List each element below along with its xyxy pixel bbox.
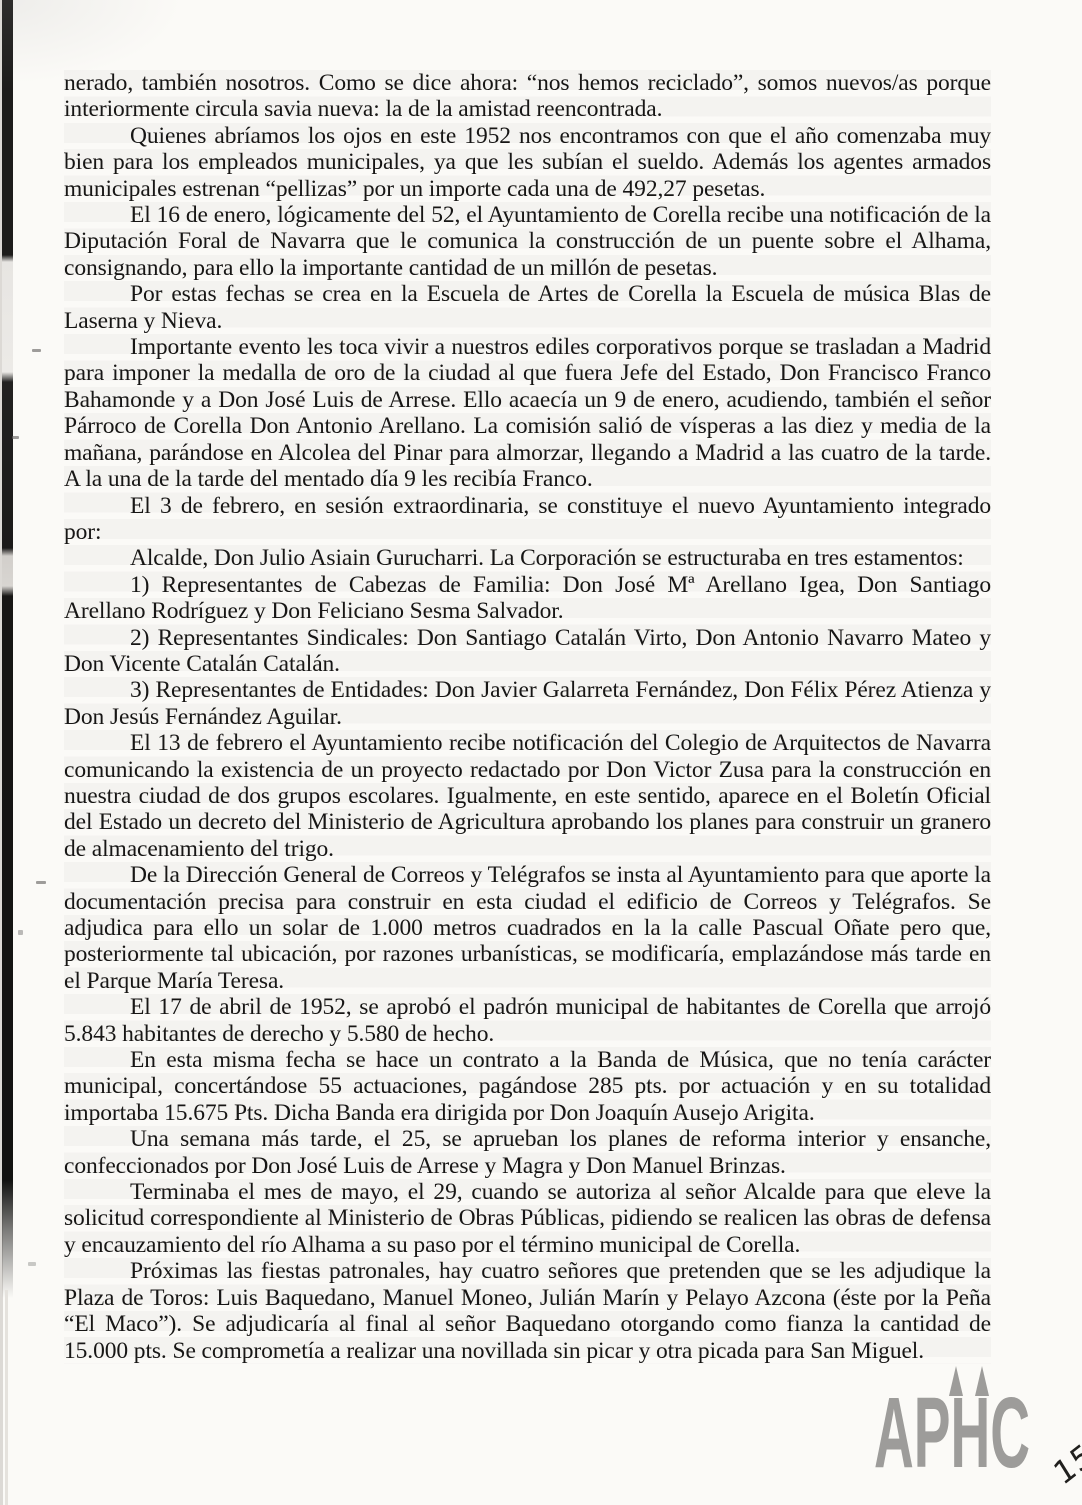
paragraph: Una semana más tarde, el 25, se aprueban… xyxy=(64,1126,991,1179)
scanned-page: APHC nerado, también nosotros. Como se d… xyxy=(0,0,1082,1505)
margin-speck xyxy=(28,1262,36,1266)
margin-speck xyxy=(32,349,41,352)
paragraph: 1) Representantes de Cabezas de Familia:… xyxy=(64,572,991,625)
paragraph: En esta misma fecha se hace un contrato … xyxy=(64,1047,991,1126)
paragraph: Importante evento les toca vivir a nuest… xyxy=(64,334,991,492)
paragraph: El 16 de enero, lógicamente del 52, el A… xyxy=(64,202,991,281)
watermark-text: APHC xyxy=(874,1377,1030,1474)
paragraph: Alcalde, Don Julio Asiain Gurucharri. La… xyxy=(64,545,991,571)
margin-speck xyxy=(18,930,23,935)
paragraph: 2) Representantes Sindicales: Don Santia… xyxy=(64,625,991,678)
paragraph: De la Dirección General de Correos y Tel… xyxy=(64,862,991,994)
paragraph: El 3 de febrero, en sesión extraordinari… xyxy=(64,493,991,546)
paragraph: Por estas fechas se crea en la Escuela d… xyxy=(64,281,991,334)
margin-speck xyxy=(36,881,46,884)
paragraph: El 17 de abril de 1952, se aprobó el pad… xyxy=(64,994,991,1047)
paragraph: Próximas las fiestas patronales, hay cua… xyxy=(64,1258,991,1364)
page-text-column: nerado, también nosotros. Como se dice a… xyxy=(64,70,991,1364)
paragraph: Terminaba el mes de mayo, el 29, cuando … xyxy=(64,1179,991,1258)
handwritten-page-number: 15 xyxy=(1048,1436,1082,1492)
scan-gutter-border-tail xyxy=(5,1290,8,1505)
paragraph: nerado, también nosotros. Como se dice a… xyxy=(64,70,991,123)
paragraph: 3) Representantes de Entidades: Don Javi… xyxy=(64,677,991,730)
margin-speck xyxy=(12,436,19,439)
aphc-archive-watermark: APHC xyxy=(870,1366,1034,1474)
scan-gutter-border xyxy=(2,0,13,1300)
paragraph: El 13 de febrero el Ayuntamiento recibe … xyxy=(64,730,991,862)
paragraph: Quienes abríamos los ojos en este 1952 n… xyxy=(64,123,991,202)
